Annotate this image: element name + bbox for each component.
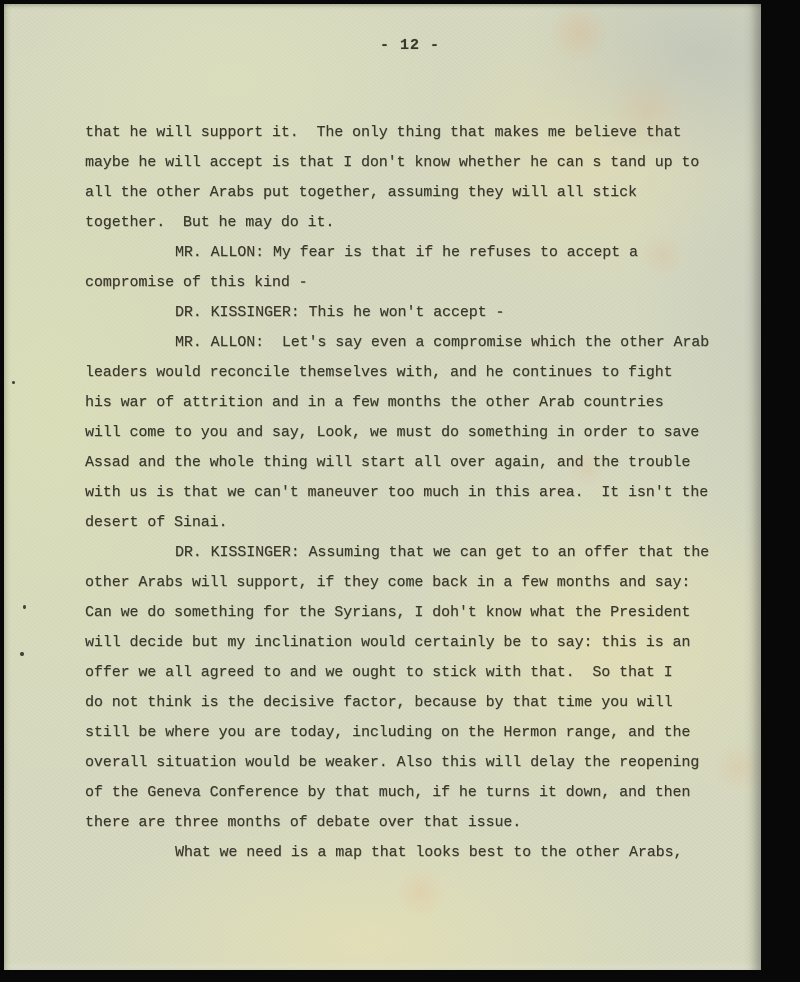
scanned-document-page: - 12 - that he will support it. The only…	[0, 0, 800, 982]
paper-sheet: - 12 - that he will support it. The only…	[4, 4, 761, 970]
document-line: will decide but my inclination would cer…	[85, 628, 745, 658]
text-block: that he will support it. The only thing …	[85, 118, 745, 868]
document-line: What we need is a map that looks best to…	[85, 838, 745, 868]
document-line: MR. ALLON: Let's say even a compromise w…	[85, 328, 745, 358]
document-line: DR. KISSINGER: This he won't accept -	[85, 298, 745, 328]
scan-speck	[23, 605, 26, 609]
document-line: offer we all agreed to and we ought to s…	[85, 658, 745, 688]
document-line: desert of Sinai.	[85, 508, 745, 538]
document-line: do not think is the decisive factor, bec…	[85, 688, 745, 718]
document-line: overall situation would be weaker. Also …	[85, 748, 745, 778]
document-line: other Arabs will support, if they come b…	[85, 568, 745, 598]
document-line: with us is that we can't maneuver too mu…	[85, 478, 745, 508]
document-line: his war of attrition and in a few months…	[85, 388, 745, 418]
document-line: will come to you and say, Look, we must …	[85, 418, 745, 448]
document-line: DR. KISSINGER: Assuming that we can get …	[85, 538, 745, 568]
document-line: leaders would reconcile themselves with,…	[85, 358, 745, 388]
document-line: all the other Arabs put together, assumi…	[85, 178, 745, 208]
document-line: maybe he will accept is that I don't kno…	[85, 148, 745, 178]
page-number: - 12 -	[85, 37, 735, 54]
scan-speck	[20, 652, 24, 656]
document-line: Assad and the whole thing will start all…	[85, 448, 745, 478]
document-line: there are three months of debate over th…	[85, 808, 745, 838]
scan-speck	[12, 381, 15, 384]
document-line: Can we do something for the Syrians, I d…	[85, 598, 745, 628]
document-line: that he will support it. The only thing …	[85, 118, 745, 148]
document-line: of the Geneva Conference by that much, i…	[85, 778, 745, 808]
document-line: MR. ALLON: My fear is that if he refuses…	[85, 238, 745, 268]
document-line: together. But he may do it.	[85, 208, 745, 238]
document-line: compromise of this kind -	[85, 268, 745, 298]
document-line: still be where you are today, including …	[85, 718, 745, 748]
